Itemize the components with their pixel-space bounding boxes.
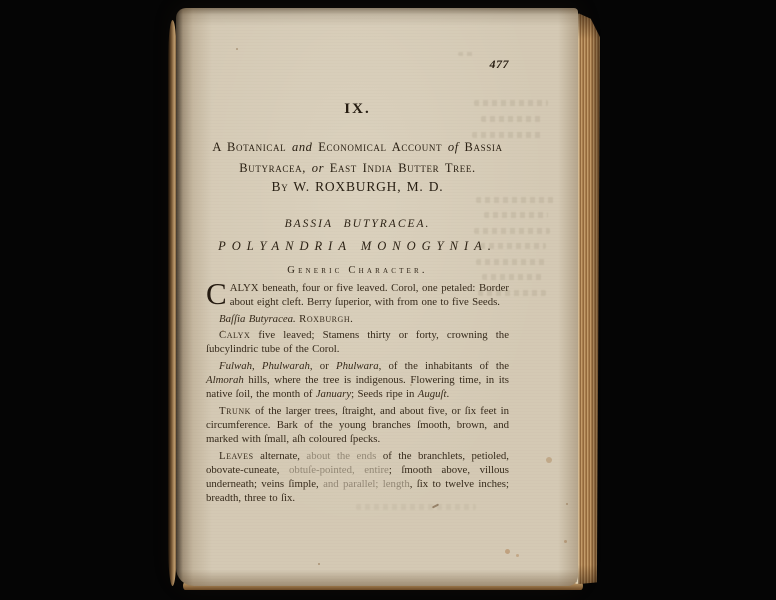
book-fore-edge xyxy=(578,13,600,587)
author-byline: By W. ROXBURGH, M. D. xyxy=(206,179,509,195)
paragraph-calyx: Calyx five leaved; Stamens thirty or for… xyxy=(206,328,509,356)
species-heading: BASSIA BUTYRACEA. xyxy=(206,218,509,230)
generic-character-heading: Generic Character. xyxy=(206,265,509,276)
article-title: A Botanical and Economical Account of Ba… xyxy=(206,137,509,179)
foxing-spot xyxy=(546,457,552,463)
paragraph-synonym: Baſſia Butyracea. Roxburgh. xyxy=(206,312,509,326)
article-title-line2: Butyracea, or East India Butter Tree. xyxy=(206,158,509,179)
paragraph-leaves: Leaves alternate, about the ends of the … xyxy=(206,449,509,505)
book-photo: 477 IX. A Botanical and Economical Accou… xyxy=(0,0,776,600)
printed-text-area: 477 IX. A Botanical and Economical Accou… xyxy=(206,8,509,586)
paragraph-vernacular-names: Fulwah, Phulwarah, or Phulwara, of the i… xyxy=(206,359,509,401)
article-title-line1: A Botanical and Economical Account of Ba… xyxy=(206,137,509,158)
foxing-spot xyxy=(566,503,568,505)
paragraph-generic-character: CALYX beneath, four or five leaved. Coro… xyxy=(206,281,509,309)
book-page: 477 IX. A Botanical and Economical Accou… xyxy=(176,8,578,586)
section-number: IX. xyxy=(206,101,509,118)
foxing-spot xyxy=(516,554,519,557)
body-text: CALYX beneath, four or five leaved. Coro… xyxy=(206,281,509,507)
page-number: 477 xyxy=(490,57,510,72)
paragraph-trunk: Trunk of the larger trees, ſtraight, and… xyxy=(206,404,509,446)
class-order-heading: POLYANDRIA MONOGYNIA. xyxy=(206,239,509,254)
foxing-spot xyxy=(564,540,567,543)
